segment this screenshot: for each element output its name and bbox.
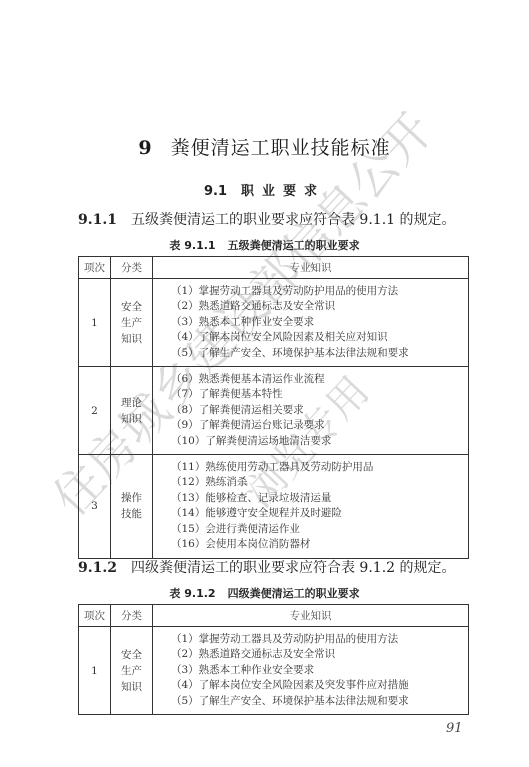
header-knowledge: 专业知识 <box>153 605 469 627</box>
category-line: 知识 <box>121 413 142 425</box>
section-title: 职业要求 <box>241 184 325 199</box>
section-number: 9.1 <box>204 184 227 199</box>
row-number: 3 <box>79 455 111 558</box>
header-category: 分类 <box>111 605 153 627</box>
category-line: 安全 <box>121 301 142 313</box>
knowledge-item: （2）熟悉道路交通标志及安全常识 <box>171 647 468 662</box>
table-caption-number: 表 9.1.1 <box>169 239 215 252</box>
category-line: 知识 <box>121 333 142 345</box>
knowledge-item: （16）会使用本岗位消防器材 <box>171 537 468 552</box>
row-items: （11）熟练使用劳动工器具及劳动防护用品 （12）熟练消杀 （13）能够检查、记… <box>153 455 469 558</box>
header-item-no: 项次 <box>79 605 111 627</box>
knowledge-item: （8）了解粪便清运相关要求 <box>171 403 468 418</box>
clause-number: 9.1.2 <box>78 560 117 576</box>
row-number: 1 <box>79 279 111 367</box>
page-number: 91 <box>446 721 463 736</box>
knowledge-item: （4）了解本岗位安全风险因素及相关应对知识 <box>171 330 468 345</box>
row-category: 理论知识 <box>111 367 153 455</box>
category-line: 技能 <box>121 508 142 520</box>
clause-text: 五级粪便清运工的职业要求应符合表 9.1.1 的规定。 <box>131 212 456 228</box>
category-line: 操作 <box>121 492 142 504</box>
table-caption-title: 四级粪便清运工的职业要求 <box>228 587 360 600</box>
knowledge-item: （3）熟悉本工种作业安全要求 <box>171 663 468 678</box>
clause-9-1-1: 9.1.1五级粪便清运工的职业要求应符合表 9.1.1 的规定。 <box>78 209 456 229</box>
chapter-number: 9 <box>138 137 152 159</box>
row-category: 操作技能 <box>111 455 153 558</box>
clause-9-1-2: 9.1.2四级粪便清运工的职业要求应符合表 9.1.2 的规定。 <box>78 557 456 577</box>
knowledge-item: （14）能够遵守安全规程并及时避险 <box>171 506 468 521</box>
row-items: （6）熟悉粪便基本清运作业流程 （7）了解粪便基本特性 （8）了解粪便清运相关要… <box>153 367 469 455</box>
knowledge-item: （4）了解本岗位安全风险因素及突发事件应对措施 <box>171 678 468 693</box>
table-header-row: 项次 分类 专业知识 <box>79 605 469 627</box>
table-row: 2 理论知识 （6）熟悉粪便基本清运作业流程 （7）了解粪便基本特性 （8）了解… <box>79 367 469 455</box>
knowledge-item: （15）会进行粪便清运作业 <box>171 522 468 537</box>
knowledge-item: （1）掌握劳动工器具及劳动防护用品的使用方法 <box>171 284 468 299</box>
knowledge-item: （5）了解生产安全、环境保护基本法律法规和要求 <box>171 694 468 709</box>
header-category: 分类 <box>111 257 153 279</box>
header-item-no: 项次 <box>79 257 111 279</box>
row-items: （1）掌握劳动工器具及劳动防护用品的使用方法 （2）熟悉道路交通标志及安全常识 … <box>153 279 469 367</box>
row-category: 安全生产知识 <box>111 279 153 367</box>
knowledge-item: （5）了解生产安全、环境保护基本法律法规和要求 <box>171 346 468 361</box>
knowledge-item: （11）熟练使用劳动工器具及劳动防护用品 <box>171 460 468 475</box>
header-knowledge: 专业知识 <box>153 257 469 279</box>
chapter-heading: 9粪便清运工职业技能标准 <box>0 133 529 160</box>
knowledge-item: （10）了解粪便清运场地清洁要求 <box>171 434 468 449</box>
category-line: 安全 <box>121 649 142 661</box>
category-line: 生产 <box>121 317 142 329</box>
row-items: （1）掌握劳动工器具及劳动防护用品的使用方法 （2）熟悉道路交通标志及安全常识 … <box>153 627 469 715</box>
knowledge-item: （7）了解粪便基本特性 <box>171 387 468 402</box>
knowledge-item: （2）熟悉道路交通标志及安全常识 <box>171 299 468 314</box>
knowledge-item: （1）掌握劳动工器具及劳动防护用品的使用方法 <box>171 632 468 647</box>
requirements-table-9-1-2: 项次 分类 专业知识 1 安全生产知识 （1）掌握劳动工器具及劳动防护用品的使用… <box>78 604 469 715</box>
knowledge-item: （6）熟悉粪便基本清运作业流程 <box>171 372 468 387</box>
chapter-title: 粪便清运工职业技能标准 <box>171 137 391 159</box>
category-line: 知识 <box>121 681 142 693</box>
table-row: 1 安全生产知识 （1）掌握劳动工器具及劳动防护用品的使用方法 （2）熟悉道路交… <box>79 627 469 715</box>
table-caption-9-1-2: 表 9.1.2四级粪便清运工的职业要求 <box>0 585 529 601</box>
requirements-table-9-1-1: 项次 分类 专业知识 1 安全生产知识 （1）掌握劳动工器具及劳动防护用品的使用… <box>78 256 469 559</box>
table-row: 1 安全生产知识 （1）掌握劳动工器具及劳动防护用品的使用方法 （2）熟悉道路交… <box>79 279 469 367</box>
row-category: 安全生产知识 <box>111 627 153 715</box>
table-header-row: 项次 分类 专业知识 <box>79 257 469 279</box>
row-number: 2 <box>79 367 111 455</box>
section-heading: 9.1职业要求 <box>0 180 529 199</box>
table-caption-title: 五级粪便清运工的职业要求 <box>228 239 360 252</box>
category-line: 理论 <box>121 397 142 409</box>
table-caption-number: 表 9.1.2 <box>169 587 215 600</box>
row-number: 1 <box>79 627 111 715</box>
clause-text: 四级粪便清运工的职业要求应符合表 9.1.2 的规定。 <box>131 560 456 576</box>
knowledge-item: （12）熟练消杀 <box>171 475 468 490</box>
knowledge-item: （3）熟悉本工种作业安全要求 <box>171 315 468 330</box>
category-line: 生产 <box>121 665 142 677</box>
clause-number: 9.1.1 <box>78 212 117 228</box>
table-caption-9-1-1: 表 9.1.1五级粪便清运工的职业要求 <box>0 237 529 253</box>
knowledge-item: （13）能够检查、记录垃圾清运量 <box>171 491 468 506</box>
table-row: 3 操作技能 （11）熟练使用劳动工器具及劳动防护用品 （12）熟练消杀 （13… <box>79 455 469 558</box>
knowledge-item: （9）了解粪便清运台账记录要求 <box>171 418 468 433</box>
